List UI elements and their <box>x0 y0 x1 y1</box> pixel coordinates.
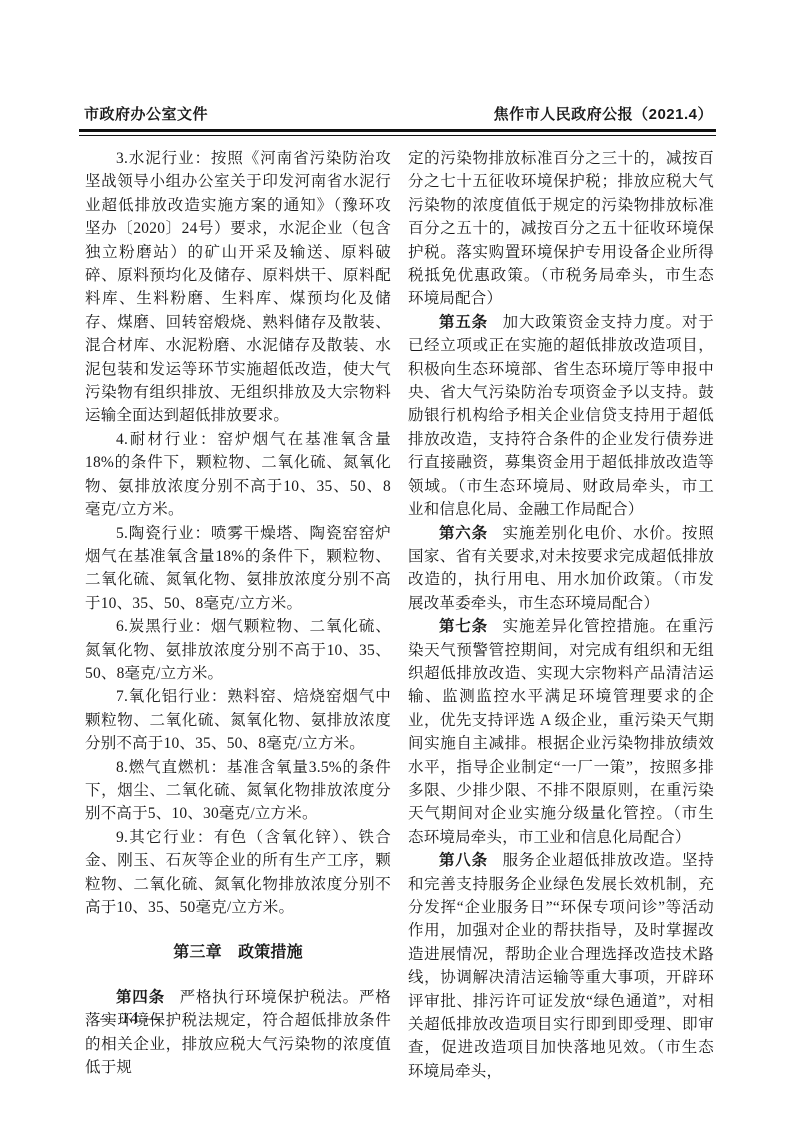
article-4: 第四条严格执行环境保护税法。严格落实环境保护税法规定，符合超低排放条件的相关企业… <box>85 986 391 1080</box>
left-column: 3.水泥行业：按照《河南省污染防治攻坚战领导小组办公室关于印发河南省水泥行业超低… <box>85 147 391 1083</box>
list-item-8: 8.燃气直燃机：基准含氧量3.5%的条件下，烟尘、二氧化硫、氮氧化物排放浓度分别… <box>85 756 391 826</box>
list-item-5: 5.陶瓷行业：喷雾干燥塔、陶瓷窑窑炉烟气在基准氧含量18%的条件下，颗粒物、二氧… <box>85 522 391 616</box>
article-7: 第七条实施差异化管控措施。在重污染天气预警管控期间，对完成有组织和无组织超低排放… <box>408 615 714 849</box>
header-right-title: 焦作市人民政府公报（2021.4） <box>494 103 713 124</box>
article-8-label: 第八条 <box>439 852 488 869</box>
article-7-text: 实施差异化管控措施。在重污染天气预警管控期间，对完成有组织和无组织超低排放改造、… <box>408 618 714 846</box>
article-6-label: 第六条 <box>439 525 488 542</box>
header-left-title: 市政府办公室文件 <box>84 103 208 124</box>
list-item-7: 7.氧化铝行业：熟料窑、焙烧窑烟气中颗粒物、二氧化硫、氮氧化物、氨排放浓度分别不… <box>85 685 391 755</box>
list-item-4: 4.耐材行业：窑炉烟气在基准氧含量18%的条件下，颗粒物、二氧化硫、氮氧化物、氨… <box>85 428 391 522</box>
article-4-label: 第四条 <box>116 989 165 1006</box>
list-item-6: 6.炭黑行业：烟气颗粒物、二氧化硫、氮氧化物、氨排放浓度分别不高于10、35、5… <box>85 615 391 685</box>
chapter-heading: 第三章 政策措施 <box>85 941 391 964</box>
two-column-body: 3.水泥行业：按照《河南省污染防治攻坚战领导小组办公室关于印发河南省水泥行业超低… <box>85 147 715 1083</box>
article-7-label: 第七条 <box>439 618 488 635</box>
article-5-text: 加大政策资金支持力度。对于已经立项或正在实施的超低排放改造项目，积极向生态环境部… <box>408 314 714 518</box>
article-5-label: 第五条 <box>439 314 488 331</box>
right-column: 定的污染物排放标准百分之三十的，减按百分之七十五征收环境保护税；排放应税大气污染… <box>408 147 714 1083</box>
list-item-9: 9.其它行业：有色（含氧化锌）、铁合金、刚玉、石灰等企业的所有生产工序，颗粒物、… <box>85 826 391 920</box>
article-8-text: 服务企业超低排放改造。坚持和完善支持服务企业绿色发展长效机制，充分发挥“企业服务… <box>408 852 714 1080</box>
list-item-3: 3.水泥行业：按照《河南省污染防治攻坚战领导小组办公室关于印发河南省水泥行业超低… <box>85 147 391 428</box>
page-header: 市政府办公室文件 焦作市人民政府公报（2021.4） <box>84 103 713 124</box>
page-number: — 14 — <box>100 1010 160 1028</box>
gazette-page: 市政府办公室文件 焦作市人民政府公报（2021.4） 3.水泥行业：按照《河南省… <box>0 0 793 1122</box>
article-5: 第五条加大政策资金支持力度。对于已经立项或正在实施的超低排放改造项目，积极向生态… <box>408 311 714 522</box>
header-double-rule <box>79 129 716 136</box>
article-6: 第六条实施差别化电价、水价。按照国家、省有关要求,对未按要求完成超低排放改造的，… <box>408 522 714 616</box>
article-4-continuation: 定的污染物排放标准百分之三十的，减按百分之七十五征收环境保护税；排放应税大气污染… <box>408 147 714 311</box>
article-8: 第八条服务企业超低排放改造。坚持和完善支持服务企业绿色发展长效机制，充分发挥“企… <box>408 849 714 1083</box>
